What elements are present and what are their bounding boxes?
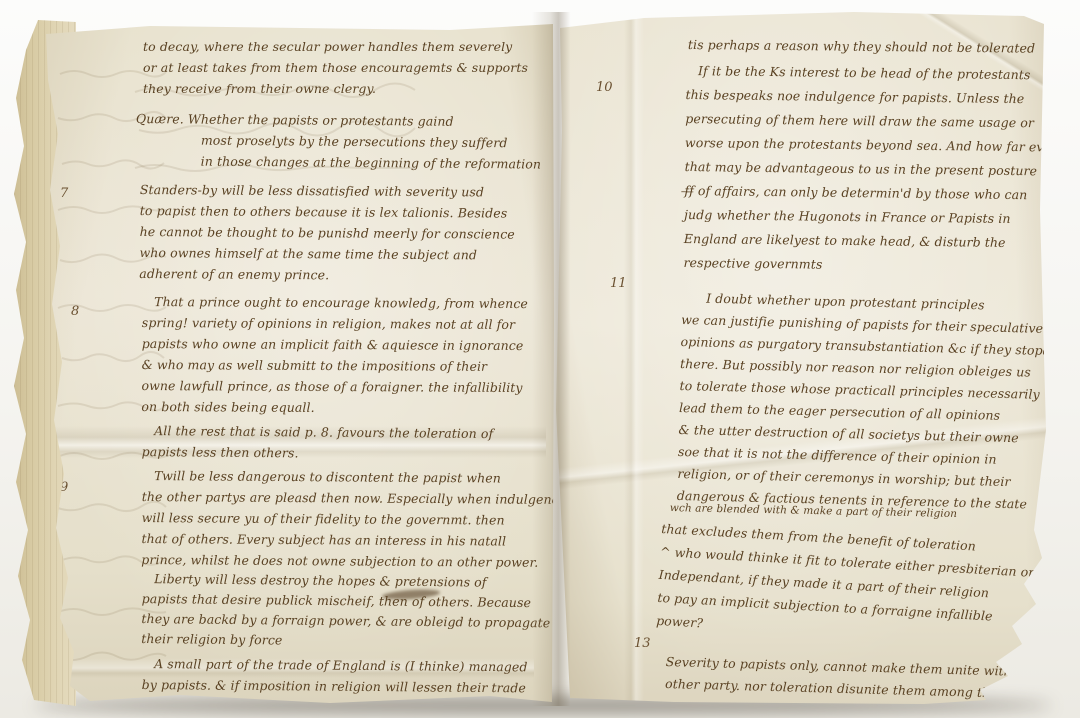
manuscript-line: in those changes at the beginning of the… — [135, 150, 541, 175]
manuscript-line: to papist then to others because it is l… — [140, 200, 515, 224]
manuscript-line: he cannot be thought to be punishd meerl… — [140, 221, 515, 245]
paragraph-left-2-quare: Quære. Whether the papists or protestant… — [135, 108, 541, 175]
margin-page-number-8: 8 — [71, 304, 79, 319]
manuscript-line: Standers-by will be less dissatisfied wi… — [140, 179, 515, 203]
manuscript-line: will less secure yu of their fidelity to… — [142, 507, 567, 531]
right-page: 10 11 13 tis perhaps a reason why they s… — [554, 10, 1048, 706]
manuscript-line: the other partys are pleasd then now. Es… — [142, 486, 567, 510]
manuscript-line: on both sides being equall. — [141, 396, 527, 419]
paragraph-right-1: tis perhaps a reason why they should not… — [688, 34, 1035, 59]
paragraph-right-4: that excludes them from the benefit of t… — [656, 517, 1037, 653]
paragraph-left-5: All the rest that is said p. 8. favours … — [142, 420, 494, 465]
margin-page-number-11: 11 — [610, 276, 627, 291]
manuscript-line: respective governmts — [683, 251, 1058, 280]
manuscript-line: papists less then others. — [142, 441, 494, 465]
manuscript-line: tis perhaps a reason why they should not… — [688, 34, 1035, 59]
manuscript-line: who ownes himself at the same time the s… — [139, 242, 514, 266]
manuscript-line: or at least takes from them those encour… — [143, 57, 528, 78]
manuscript-line: by papists. & if imposition in religion … — [142, 674, 528, 698]
manuscript-line: All the rest that is said p. 8. favours … — [142, 420, 494, 444]
margin-page-number-7: 7 — [60, 186, 68, 201]
paper-crease — [624, 10, 644, 706]
manuscript-line: Twill be less dangerous to discontent th… — [142, 465, 567, 489]
paragraph-left-1: to decay, where the secular power handle… — [143, 36, 528, 99]
scan-background: 7 8 9 to decay, where the secular power … — [0, 0, 1080, 718]
manuscript-line: owne lawfull prince, as those of a forai… — [141, 375, 527, 398]
manuscript-line: they receive from their owne clergy. — [143, 78, 528, 99]
paragraph-left-6: Twill be less dangerous to discontent th… — [141, 465, 566, 573]
paragraph-left-7: Liberty will less destroy the hopes & pr… — [141, 569, 551, 653]
paragraph-left-4: That a prince ought to encourage knowled… — [141, 291, 528, 419]
manuscript-line: to decay, where the secular power handle… — [143, 36, 528, 57]
manuscript-line: that of others. Every subject has an int… — [141, 528, 566, 552]
manuscript-line: papists who owne an implicit faith & aqu… — [142, 333, 528, 356]
gutter-shadow — [532, 12, 580, 706]
paragraph-right-5: Severity to papists only, cannot make th… — [665, 651, 1054, 706]
paragraph-left-3: Standers-by will be less dissatisfied wi… — [139, 179, 515, 287]
manuscript-line: spring! variety of opinions in religion,… — [142, 312, 528, 335]
left-page: 7 8 9 to decay, where the secular power … — [30, 22, 554, 706]
manuscript-line: That a prince ought to encourage knowled… — [142, 291, 528, 314]
margin-page-number-13: 13 — [634, 636, 651, 651]
manuscript-line: & who may as well submitt to the imposit… — [142, 354, 528, 377]
paragraph-right-2: If it be the Ks interest to be head of t… — [683, 59, 1060, 280]
margin-page-number-10: 10 — [596, 80, 613, 95]
paragraph-right-3: I doubt whether upon protestant principl… — [677, 287, 1053, 516]
manuscript-line: adherent of an enemy prince. — [139, 263, 514, 287]
paragraph-left-8: A small part of the trade of England is … — [142, 653, 528, 698]
